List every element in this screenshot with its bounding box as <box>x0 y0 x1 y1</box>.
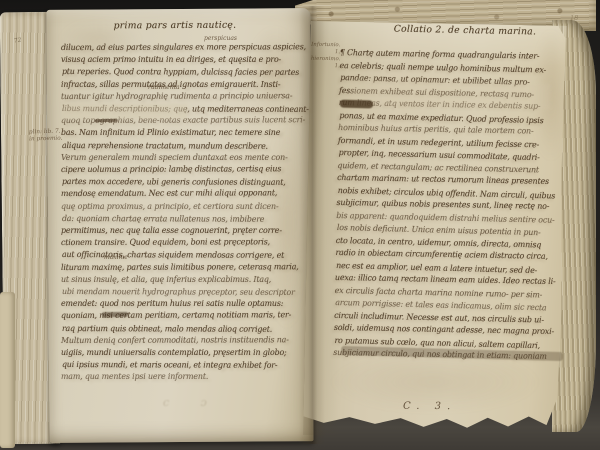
manuscript-line: ptu reperies. Quod contra hyppiam, dulci… <box>62 65 291 78</box>
margin-note-line: hieronimo. 1. <box>311 56 340 71</box>
manuscript-line: Verum generalem mundi speciem duntaxat e… <box>61 151 291 163</box>
page-edge-corner <box>0 292 15 448</box>
manuscript-line: visusq aciem primo intuitu in ea diriges… <box>61 53 291 65</box>
manuscript-line: qui ipsius mundi, et maris oceani, et in… <box>62 358 291 371</box>
manuscript-line: uigiis, mundi uniuersalis contemplatio, … <box>61 346 291 358</box>
margin-note-line: Infortunio. 1. <box>311 42 340 57</box>
manuscript-line: mendosę emendatum. Nec est cur mihi aliq… <box>61 187 291 200</box>
manuscript-line: aliqua reprehensione tractatum, mundum d… <box>62 139 291 152</box>
left-page-text-block: dilucem, ad eius partes singulares ex mo… <box>61 41 301 383</box>
faded-ink-patch <box>62 104 187 119</box>
left-running-header: prima pars artis nauticę. <box>100 20 250 32</box>
folio-number: 18 <box>570 14 578 22</box>
edge-pen-mark: 72 <box>13 36 23 45</box>
right-gutter-note: Infortunio. 1.hieronimo. 1. <box>311 42 340 71</box>
manuscript-line: tuantur igitur hydrographię rudimenta a … <box>61 89 291 102</box>
ink-blot <box>340 100 373 109</box>
manuscript-line: cipere uolumus a principio: lambę distin… <box>61 162 291 175</box>
bleedthrough-signature-mark: c ɔ <box>163 396 221 409</box>
strikethrough-mark <box>95 119 117 122</box>
manuscript-line: infractas, sillas permutatas ad ignotas … <box>61 78 291 90</box>
manuscript-line: quę optima proximus, a principio, et cer… <box>61 200 291 212</box>
left-margin-note: plin: lib. 7.in proemio. <box>29 129 63 143</box>
signature-mark: C. 3. <box>403 401 456 413</box>
manuscript-line: da: quoniam chartaę errata nullatenus no… <box>62 212 291 225</box>
manuscript-line: dilucem, ad eius partes singulares ex mo… <box>61 40 291 53</box>
manuscript-line: mam, qua mentes ipsi uere informent. <box>61 370 291 382</box>
margin-note-line: in proemio. <box>29 135 63 143</box>
manuscript-photo: dilucem, ad eius partes singulares ex mo… <box>0 0 600 450</box>
manuscript-line: bas. Nam infinitum id Plinio existimatur… <box>61 126 291 138</box>
manuscript-line: lituram maximę, partes suis limitibus po… <box>61 260 291 273</box>
manuscript-line: ctionem transire. Quod equidem, boni est… <box>61 235 291 248</box>
manuscript-line: Multum deniq confert commoditati, nostri… <box>61 333 291 346</box>
faded-ink-patch <box>350 80 551 110</box>
strikethrough-mark <box>102 312 128 317</box>
manuscript-line: quoniam, nisi certam peritiam, certamq n… <box>61 309 291 322</box>
manuscript-line: ubi mendam nouerit hydrographus pręcepto… <box>62 285 291 298</box>
manuscript-line: ut sinus insulę, et alia, quę inferius e… <box>61 273 291 285</box>
